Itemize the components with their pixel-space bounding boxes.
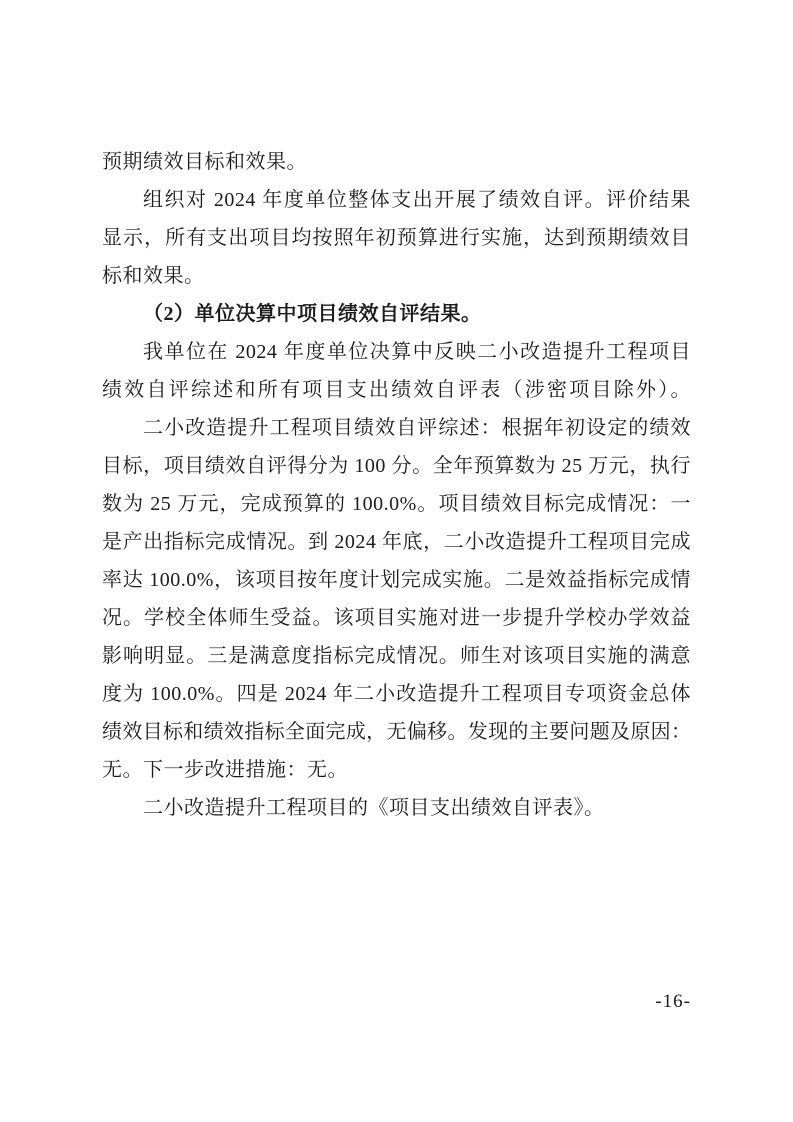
document-page: 预期绩效目标和效果。组织对 2024 年度单位整体支出开展了绩效自评。评价结果显… — [0, 0, 793, 1122]
text-line: 度为 100.0%。四是 2024 年二小改造提升工程项目专项资金总体 — [102, 675, 691, 713]
text-line: 二小改造提升工程项目绩效自评综述：根据年初设定的绩效 — [102, 409, 691, 447]
heading-line: （2）单位决算中项目绩效自评结果。 — [102, 295, 691, 333]
document-lines: 预期绩效目标和效果。组织对 2024 年度单位整体支出开展了绩效自评。评价结果显… — [102, 143, 691, 827]
text-line: 况。学校全体师生受益。该项目实施对进一步提升学校办学效益 — [102, 599, 691, 637]
text-line: 绩效目标和绩效指标全面完成，无偏移。发现的主要问题及原因： — [102, 713, 691, 751]
text-line: 二小改造提升工程项目的《项目支出绩效自评表》。 — [102, 789, 691, 827]
text-line: 数为 25 万元，完成预算的 100.0%。项目绩效目标完成情况：一 — [102, 485, 691, 523]
text-line: 影响明显。三是满意度指标完成情况。师生对该项目实施的满意 — [102, 637, 691, 675]
text-line: 标和效果。 — [102, 257, 691, 295]
text-line: 我单位在 2024 年度单位决算中反映二小改造提升工程项目 — [102, 333, 691, 371]
text-line: 预期绩效目标和效果。 — [102, 143, 691, 181]
text-line: 无。下一步改进措施：无。 — [102, 751, 691, 789]
text-line: 组织对 2024 年度单位整体支出开展了绩效自评。评价结果 — [102, 181, 691, 219]
text-line: 率达 100.0%，该项目按年度计划完成实施。二是效益指标完成情 — [102, 561, 691, 599]
text-line: 绩效自评综述和所有项目支出绩效自评表（涉密项目除外）。 — [102, 371, 691, 409]
text-line: 是产出指标完成情况。到 2024 年底，二小改造提升工程项目完成 — [102, 523, 691, 561]
text-line: 目标，项目绩效自评得分为 100 分。全年预算数为 25 万元，执行 — [102, 447, 691, 485]
text-line: 显示，所有支出项目均按照年初预算进行实施，达到预期绩效目 — [102, 219, 691, 257]
page-number: -16- — [655, 991, 691, 1013]
document-body: 预期绩效目标和效果。组织对 2024 年度单位整体支出开展了绩效自评。评价结果显… — [102, 143, 691, 827]
